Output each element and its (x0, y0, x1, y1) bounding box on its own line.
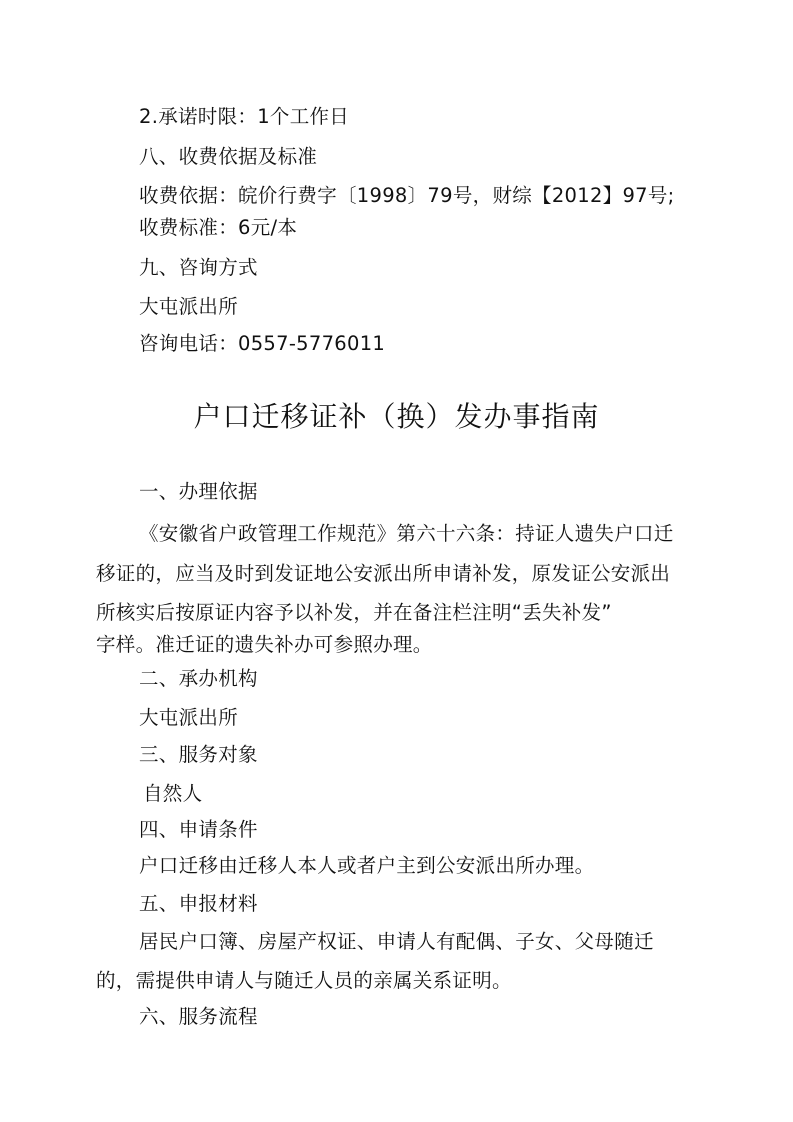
materials-heading: 五、申报材料 (139, 891, 258, 917)
time-limit-text: 2.承诺时限：1个工作日 (139, 104, 349, 130)
basis-heading: 一、办理依据 (139, 479, 258, 505)
target-heading: 三、服务对象 (139, 742, 258, 768)
consult-office-text: 大屯派出所 (139, 294, 238, 320)
basis-line-2: 移证的，应当及时到发证地公安派出所申请补发，原发证公安派出 (96, 561, 670, 587)
fee-standard-text: 收费标准：6元/本 (139, 215, 297, 241)
basis-line-3: 所核实后按原证内容予以补发，并在备注栏注明“丢失补发” (96, 600, 612, 626)
conditions-text: 户口迁移由迁移人本人或者户主到公安派出所办理。 (139, 853, 594, 879)
consult-heading: 九、咨询方式 (139, 255, 258, 281)
fee-basis-text: 收费依据：皖价行费字〔1998〕79号，财综【2012】97号; (139, 183, 675, 209)
agency-text: 大屯派出所 (139, 705, 238, 731)
process-heading: 六、服务流程 (139, 1004, 258, 1030)
materials-line-1: 居民户口簿、房屋产权证、申请人有配偶、子女、父母随迁 (139, 929, 654, 955)
basis-line-4: 字样。准迁证的遗失补办可参照办理。 (96, 632, 433, 658)
basis-line-1: 《安徽省户政管理工作规范》第六十六条：持证人遗失户口迁 (139, 521, 674, 547)
conditions-heading: 四、申请条件 (139, 817, 258, 843)
document-page: 2.承诺时限：1个工作日 八、收费依据及标准 收费依据：皖价行费字〔1998〕7… (0, 0, 793, 1122)
agency-heading: 二、承办机构 (139, 666, 258, 692)
consult-phone-text: 咨询电话：0557-5776011 (139, 331, 385, 357)
target-text: 自然人 (143, 781, 202, 807)
fee-heading: 八、收费依据及标准 (139, 144, 317, 170)
materials-line-2: 的，需提供申请人与随迁人员的亲属关系证明。 (96, 968, 512, 994)
page-title: 户口迁移证补（换）发办事指南 (0, 399, 793, 435)
